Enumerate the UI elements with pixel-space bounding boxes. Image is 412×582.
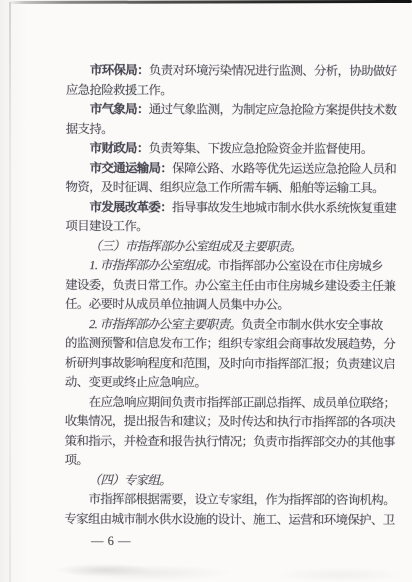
- line-segment: 负责筹集、下拨应急抢险资金并监督使用。: [149, 141, 373, 156]
- document-line: 市环保局：负责对环境污染情况进行监测、分析，协助做好: [66, 61, 408, 82]
- document-line: 策和指示，并检查和报告执行情况；负责市指挥部交办的其他事: [65, 431, 407, 452]
- line-segment: 应急抢险救援工作。: [66, 82, 172, 96]
- document-line: 收集情况，提出报告和建议；及时传达和执行市指挥部的各项决: [65, 412, 407, 433]
- line-segment: 建设委，负责日常工作。办公室主任由市住房城乡建设委主任兼: [65, 277, 395, 292]
- document-line: 市财政局：负责筹集、下拨应急抢险资金并监督使用。: [66, 139, 408, 160]
- document-line: 物资，及时征调、组织应急工作所需车辆、船舶等运输工具。: [66, 178, 408, 199]
- scanned-page: 市环保局：负责对环境污染情况进行监测、分析，协助做好应急抢险救援工作。市气象局：…: [0, 0, 412, 582]
- line-segment: 1. 市指挥部办公室组成。: [89, 258, 218, 272]
- document-line: 项。: [65, 451, 407, 472]
- page-number: — 6 —: [91, 534, 131, 549]
- line-segment: 的监测预警和信息发布工作；组织专家组会商事故发展趋势，分: [65, 336, 395, 351]
- line-segment: 市交通运输局：: [90, 161, 173, 175]
- line-segment: 指导事故发生地城市制水供水系统恢复重建: [172, 200, 396, 215]
- line-segment: （四）专家组。: [89, 473, 172, 487]
- line-segment: 物资，及时征调、组织应急工作所需车辆、船舶等运输工具。: [66, 180, 384, 195]
- line-segment: 在应急响应期间负责市指挥部正副总指挥、成员单位联络；: [89, 395, 396, 410]
- line-segment: 市环保局：: [90, 63, 149, 77]
- document-text: 市环保局：负责对环境污染情况进行监测、分析，协助做好应急抢险救援工作。市气象局：…: [64, 61, 408, 530]
- document-line: 建设委，负责日常工作。办公室主任由市住房城乡建设委主任兼: [65, 275, 407, 296]
- line-segment: 收集情况，提出报告和建议；及时传达和执行市指挥部的各项决: [65, 414, 395, 429]
- line-segment: 析研判事故影响程度和范围，及时向市指挥部汇报；负责建议启: [65, 355, 395, 370]
- document-line: 市交通运输局：保障公路、水路等优先运送应急抢险人员和: [66, 158, 408, 179]
- line-segment: 市财政局：: [90, 141, 149, 155]
- line-segment: 据支持。: [66, 121, 113, 135]
- document-line: 1. 市指挥部办公室组成。市指挥部办公室设在市住房城乡: [65, 256, 407, 277]
- line-segment: 项目建设工作。: [65, 219, 148, 233]
- scan-fold-line: [9, 2, 11, 582]
- document-line: 任。必要时从成员单位抽调人员集中办公。: [65, 295, 407, 316]
- document-line: 市发展改革委：指导事故发生地城市制水供水系统恢复重建: [65, 197, 407, 218]
- line-segment: 项。: [65, 453, 89, 467]
- document-line: 在应急响应期间负责市指挥部正副总指挥、成员单位联络；: [65, 392, 407, 413]
- document-line: 析研判事故影响程度和范围，及时向市指挥部汇报；负责建议启: [65, 353, 407, 374]
- line-segment: 任。必要时从成员单位抽调人员集中办公。: [65, 297, 289, 312]
- line-segment: 动、变更或终止应急响应。: [65, 375, 207, 389]
- document-line: 据支持。: [66, 119, 408, 140]
- line-segment: （三）市指挥部办公室组成及主要职责。: [89, 239, 301, 254]
- document-line: （四）专家组。: [65, 470, 407, 491]
- line-segment: 策和指示，并检查和报告执行情况；负责市指挥部交办的其他事: [65, 433, 395, 448]
- document-line: 专家组由城市制水供水设施的设计、施工、运营和环境保护、卫: [64, 509, 406, 530]
- line-segment: 专家组由城市制水供水设施的设计、施工、运营和环境保护、卫: [64, 511, 394, 526]
- line-segment: 市发展改革委：: [89, 200, 172, 214]
- line-segment: 保障公路、水路等优先运送应急抢险人员和: [172, 161, 396, 176]
- document-line: 动、变更或终止应急响应。: [65, 373, 407, 394]
- document-line: 应急抢险救援工作。: [66, 80, 408, 101]
- document-line: 的监测预警和信息发布工作；组织专家组会商事故发展趋势，分: [65, 334, 407, 355]
- line-segment: 通过气象监测，为制定应急抢险方案提供技术数: [149, 102, 397, 117]
- line-segment: 2. 市指挥部办公室主要职责。: [89, 317, 241, 332]
- line-segment: 市指挥部办公室设在市住房城乡: [218, 259, 383, 274]
- scan-edge-top: [8, 0, 412, 4]
- line-segment: 市指挥部根据需要，设立专家组，作为指挥部的咨询机构。: [88, 492, 395, 507]
- document-line: 2. 市指挥部办公室主要职责。负责全市制水供水安全事故: [65, 314, 407, 335]
- document-line: 市指挥部根据需要，设立专家组，作为指挥部的咨询机构。: [64, 490, 406, 511]
- line-segment: 负责对环境污染情况进行监测、分析，协助做好: [149, 63, 397, 78]
- document-line: 项目建设工作。: [65, 217, 407, 238]
- line-segment: 负责全市制水供水安全事故: [241, 317, 383, 331]
- document-line: 市气象局：通过气象监测，为制定应急抢险方案提供技术数: [66, 100, 408, 121]
- line-segment: 市气象局：: [90, 102, 149, 116]
- document-line: （三）市指挥部办公室组成及主要职责。: [65, 236, 407, 257]
